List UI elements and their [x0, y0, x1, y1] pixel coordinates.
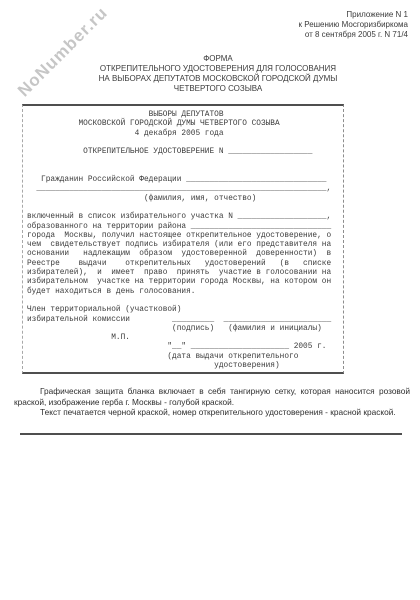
certificate-form-box: ВЫБОРЫ ДЕПУТАТОВ МОСКОВСКОЙ ГОРОДСКОЙ ДУ… — [22, 104, 344, 374]
appendix-line: к Решению Мосгоризбиркома — [298, 20, 408, 30]
appendix-line: Приложение N 1 — [298, 10, 408, 20]
bottom-divider-line — [20, 433, 402, 435]
document-page: NoNumber.ru Приложение N 1 к Решению Мос… — [0, 0, 420, 600]
title-line: ФОРМА — [8, 54, 420, 64]
appendix-line: от 8 сентября 2005 г. N 71/4 — [298, 30, 408, 40]
title-line: ЧЕТВЕРТОГО СОЗЫВА — [8, 84, 420, 94]
appendix-reference: Приложение N 1 к Решению Мосгоризбиркома… — [298, 10, 408, 40]
printing-notes: Графическая защита бланка включает в себ… — [14, 386, 410, 418]
certificate-form-text: ВЫБОРЫ ДЕПУТАТОВ МОСКОВСКОЙ ГОРОДСКОЙ ДУ… — [23, 106, 343, 371]
printing-note-paragraph: Текст печатается черной краской, номер о… — [14, 407, 410, 418]
title-line: ОТКРЕПИТЕЛЬНОГО УДОСТОВЕРЕНИЯ ДЛЯ ГОЛОСО… — [8, 64, 420, 74]
document-title: ФОРМА ОТКРЕПИТЕЛЬНОГО УДОСТОВЕРЕНИЯ ДЛЯ … — [8, 54, 420, 94]
title-line: НА ВЫБОРАХ ДЕПУТАТОВ МОСКОВСКОЙ ГОРОДСКО… — [8, 74, 420, 84]
printing-note-paragraph: Графическая защита бланка включает в себ… — [14, 386, 410, 407]
